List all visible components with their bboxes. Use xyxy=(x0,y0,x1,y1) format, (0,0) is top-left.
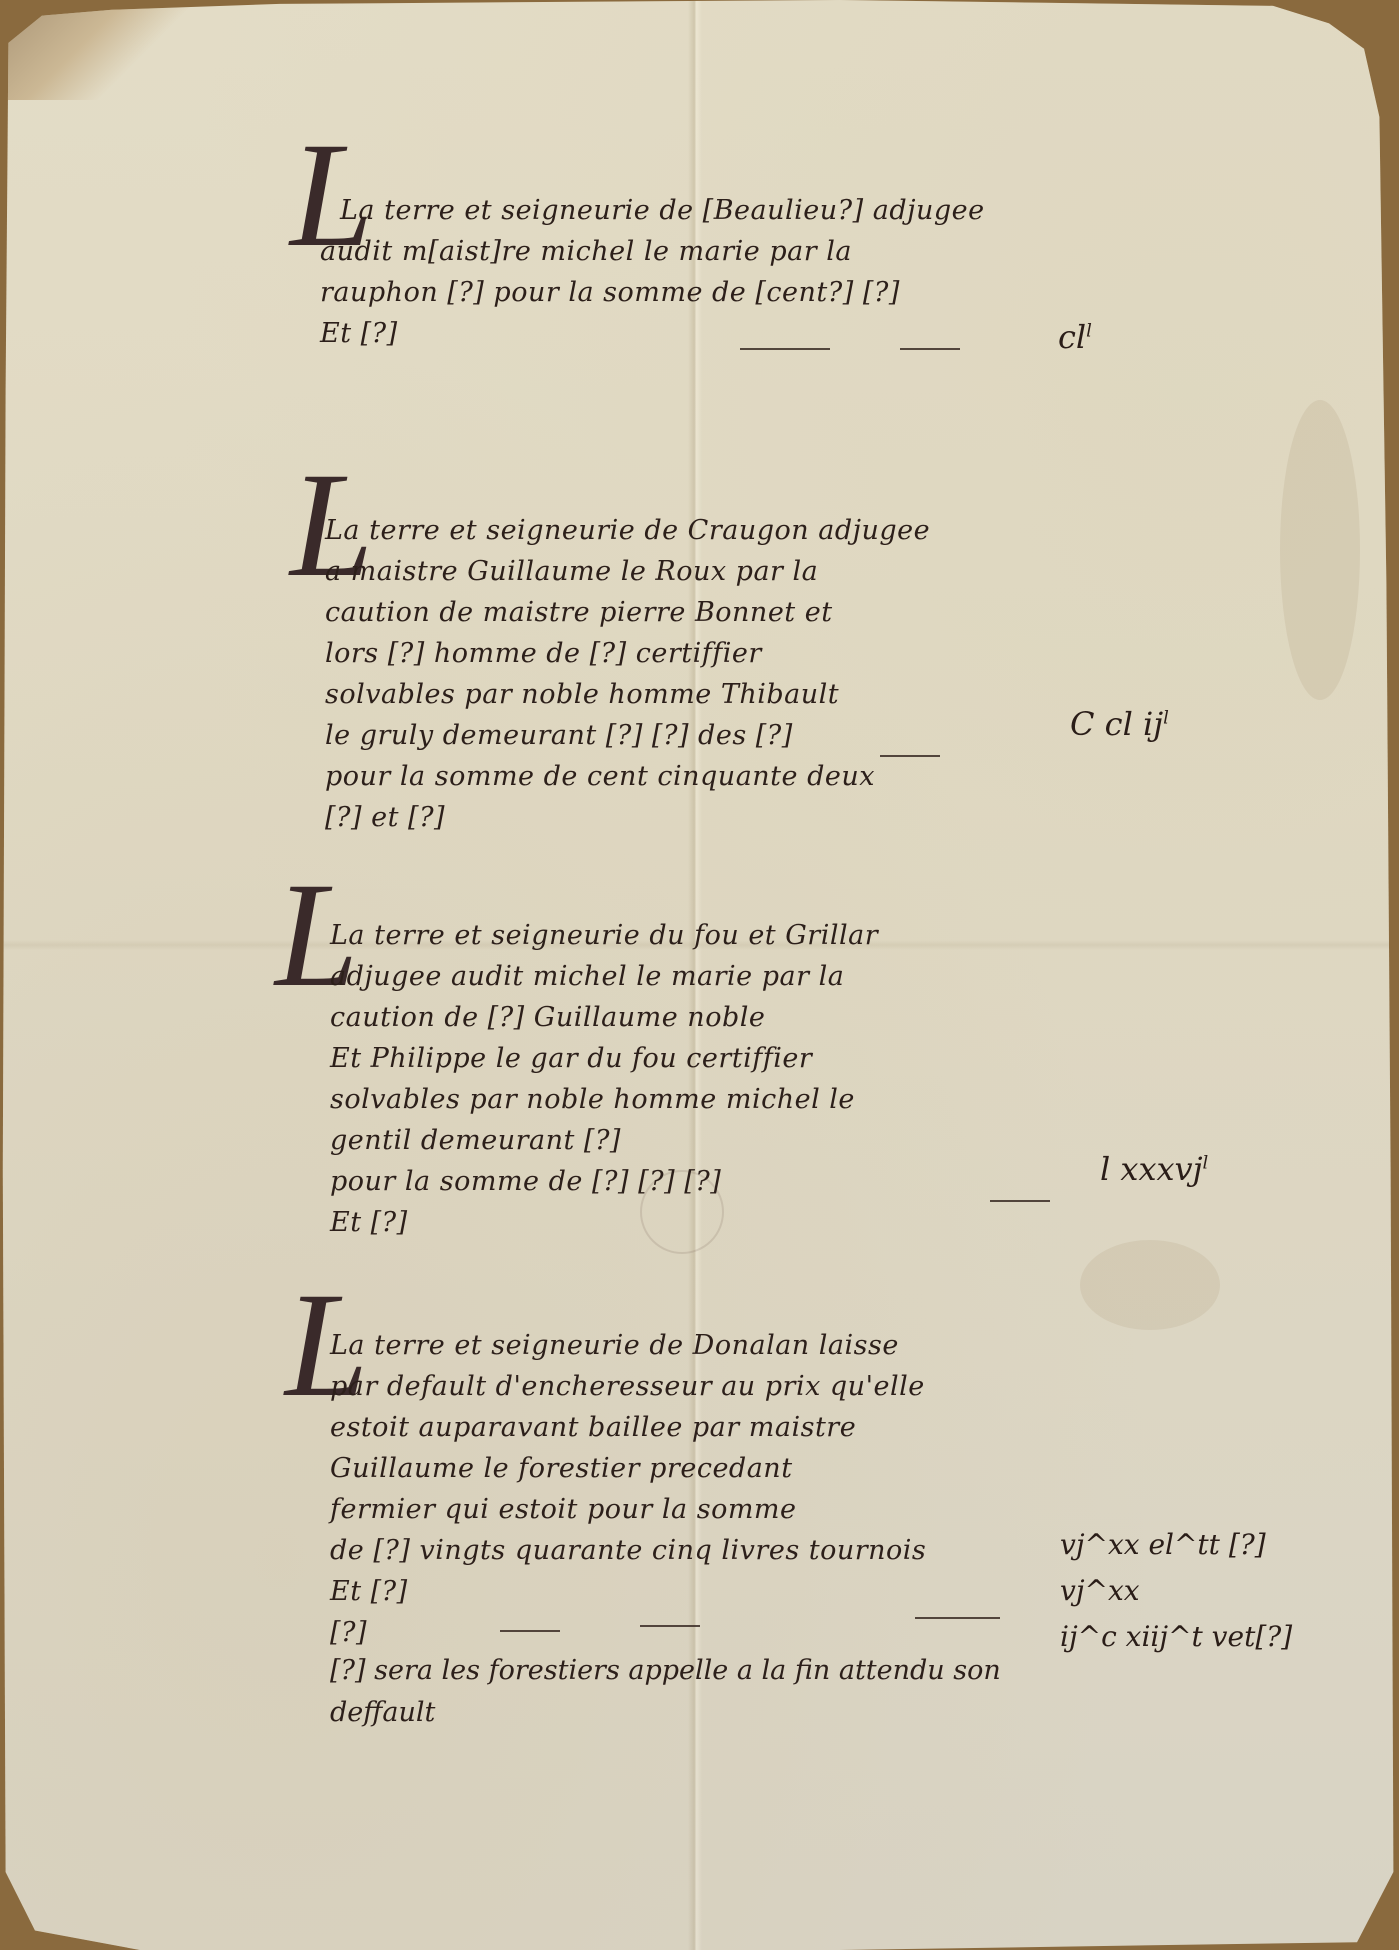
entry-4-margin-note: vj^xx el^tt [?] vj^xx ij^c xiij^t vet[?] xyxy=(1060,1522,1292,1660)
entry-line: pour la somme de cent cinquante deux xyxy=(325,756,1125,797)
entry-line: La terre et seigneurie de [Beaulieu?] ad… xyxy=(340,190,1140,231)
entry-line: Et [?] xyxy=(330,1202,1130,1243)
entry-line: Guillaume le forestier precedant xyxy=(330,1448,1130,1489)
line-filler-dash xyxy=(740,348,830,350)
margin-note-line: vj^xx el^tt [?] xyxy=(1060,1522,1292,1568)
entry-1-sum: cll xyxy=(1058,318,1092,356)
line-filler-dash xyxy=(640,1625,700,1627)
margin-note-line: vj^xx xyxy=(1060,1568,1292,1614)
entry-line: audit m[aist]re michel le marie par la xyxy=(320,231,1140,272)
paper-stain xyxy=(1280,400,1360,700)
entry-1: La terre et seigneurie de [Beaulieu?] ad… xyxy=(340,190,1140,354)
entry-line: lors [?] homme de [?] certiffier xyxy=(325,633,1125,674)
entry-line: [?] xyxy=(330,1612,1130,1653)
closing-note: [?] sera les forestiers appelle a la fin… xyxy=(330,1650,1001,1734)
entry-line: rauphon [?] pour la somme de [cent?] [?] xyxy=(320,272,1140,313)
entry-line: Et [?] xyxy=(330,1571,1130,1612)
entry-2: La terre et seigneurie de Craugon adjuge… xyxy=(325,510,1125,838)
entry-line: gentil demeurant [?] xyxy=(330,1120,1130,1161)
entry-2-sum: C cl ijl xyxy=(1070,705,1169,743)
entry-line: de [?] vingts quarante cinq livres tourn… xyxy=(330,1530,1130,1571)
line-filler-dash xyxy=(880,755,940,757)
line-filler-dash xyxy=(900,348,960,350)
line-filler-dash xyxy=(915,1617,1000,1619)
paper-stain xyxy=(1080,1240,1220,1330)
entry-3: La terre et seigneurie du fou et Grillar… xyxy=(330,915,1130,1243)
closing-note-line: [?] sera les forestiers appelle a la fin… xyxy=(330,1650,1001,1692)
entry-line: caution de [?] Guillaume noble xyxy=(330,997,1130,1038)
entry-line: Et Philippe le gar du fou certiffier xyxy=(330,1038,1130,1079)
entry-line: fermier qui estoit pour la somme xyxy=(330,1489,1130,1530)
entry-line: adjugee audit michel le marie par la xyxy=(330,956,1130,997)
entry-line: pour la somme de [?] [?] [?] xyxy=(330,1161,1130,1202)
entry-line: [?] et [?] xyxy=(325,797,1125,838)
entry-3-sum: l xxxvjl xyxy=(1100,1150,1208,1188)
entry-line: par default d'encheresseur au prix qu'el… xyxy=(330,1366,1130,1407)
entry-line: La terre et seigneurie du fou et Grillar xyxy=(330,915,1130,956)
entry-line: caution de maistre pierre Bonnet et xyxy=(325,592,1125,633)
margin-note-line: ij^c xiij^t vet[?] xyxy=(1060,1614,1292,1660)
entry-line: solvables par noble homme michel le xyxy=(330,1079,1130,1120)
entry-4: La terre et seigneurie de Donalan laisse… xyxy=(330,1325,1130,1653)
entry-line: le gruly demeurant [?] [?] des [?] xyxy=(325,715,1125,756)
entry-line: La terre et seigneurie de Donalan laisse xyxy=(330,1325,1130,1366)
closing-note-line: deffault xyxy=(330,1692,1001,1734)
line-filler-dash xyxy=(990,1200,1050,1202)
entry-line: La terre et seigneurie de Craugon adjuge… xyxy=(325,510,1125,551)
entry-line: solvables par noble homme Thibault xyxy=(325,674,1125,715)
line-filler-dash xyxy=(500,1630,560,1632)
entry-line: a maistre Guillaume le Roux par la xyxy=(325,551,1125,592)
manuscript-page: L La terre et seigneurie de [Beaulieu?] … xyxy=(0,0,1399,1950)
entry-line: estoit auparavant baillee par maistre xyxy=(330,1407,1130,1448)
entry-line: Et [?] xyxy=(320,313,1140,354)
